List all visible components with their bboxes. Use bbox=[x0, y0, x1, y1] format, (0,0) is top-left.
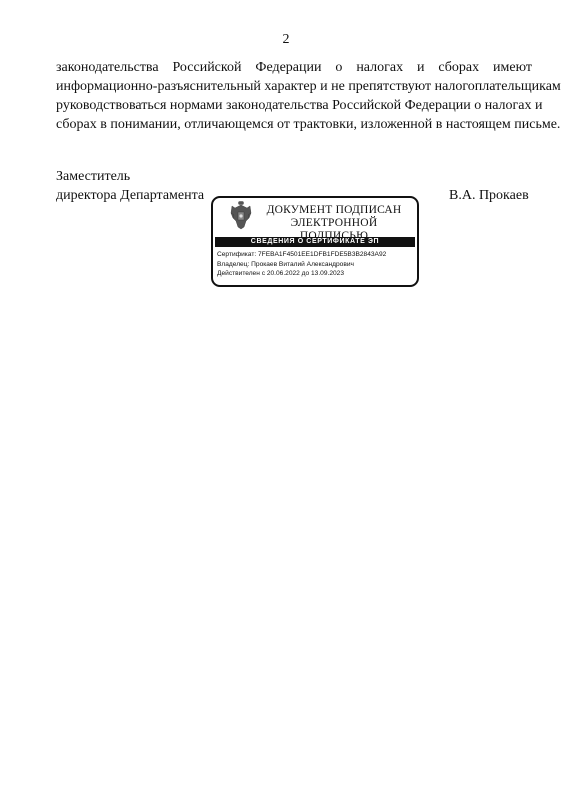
body-line: законодательства Российской Федерации о … bbox=[56, 58, 532, 77]
certificate-validity: Действителен с 20.06.2022 до 13.09.2023 bbox=[217, 269, 386, 279]
certificate-owner: Владелец: Прокаев Виталий Александрович bbox=[217, 260, 386, 270]
page-number: 2 bbox=[0, 32, 572, 48]
signatory-name: В.А. Прокаев bbox=[449, 186, 529, 205]
body-line: информационно-разъяснительный характер и… bbox=[56, 77, 532, 96]
body-paragraph: законодательства Российской Федерации о … bbox=[56, 58, 532, 134]
body-line: сборах в понимании, отличающемся от трак… bbox=[56, 115, 532, 134]
certificate-details: Сертификат: 7FEBA1F4501EE1DFB1FDE5B3B284… bbox=[217, 250, 386, 279]
coat-of-arms-icon bbox=[230, 201, 252, 231]
signatory-position: Заместитель директора Департамента bbox=[56, 167, 204, 205]
position-line: Заместитель bbox=[56, 167, 204, 186]
certificate-number: Сертификат: 7FEBA1F4501EE1DFB1FDE5B3B284… bbox=[217, 250, 386, 260]
electronic-signature-stamp: ДОКУМЕНТ ПОДПИСАН ЭЛЕКТРОННОЙ ПОДПИСЬЮ С… bbox=[211, 196, 419, 287]
position-line: директора Департамента bbox=[56, 186, 204, 205]
certificate-info-band: СВЕДЕНИЯ О СЕРТИФИКАТЕ ЭП bbox=[215, 237, 415, 247]
body-line: руководствоваться нормами законодательст… bbox=[56, 96, 532, 115]
